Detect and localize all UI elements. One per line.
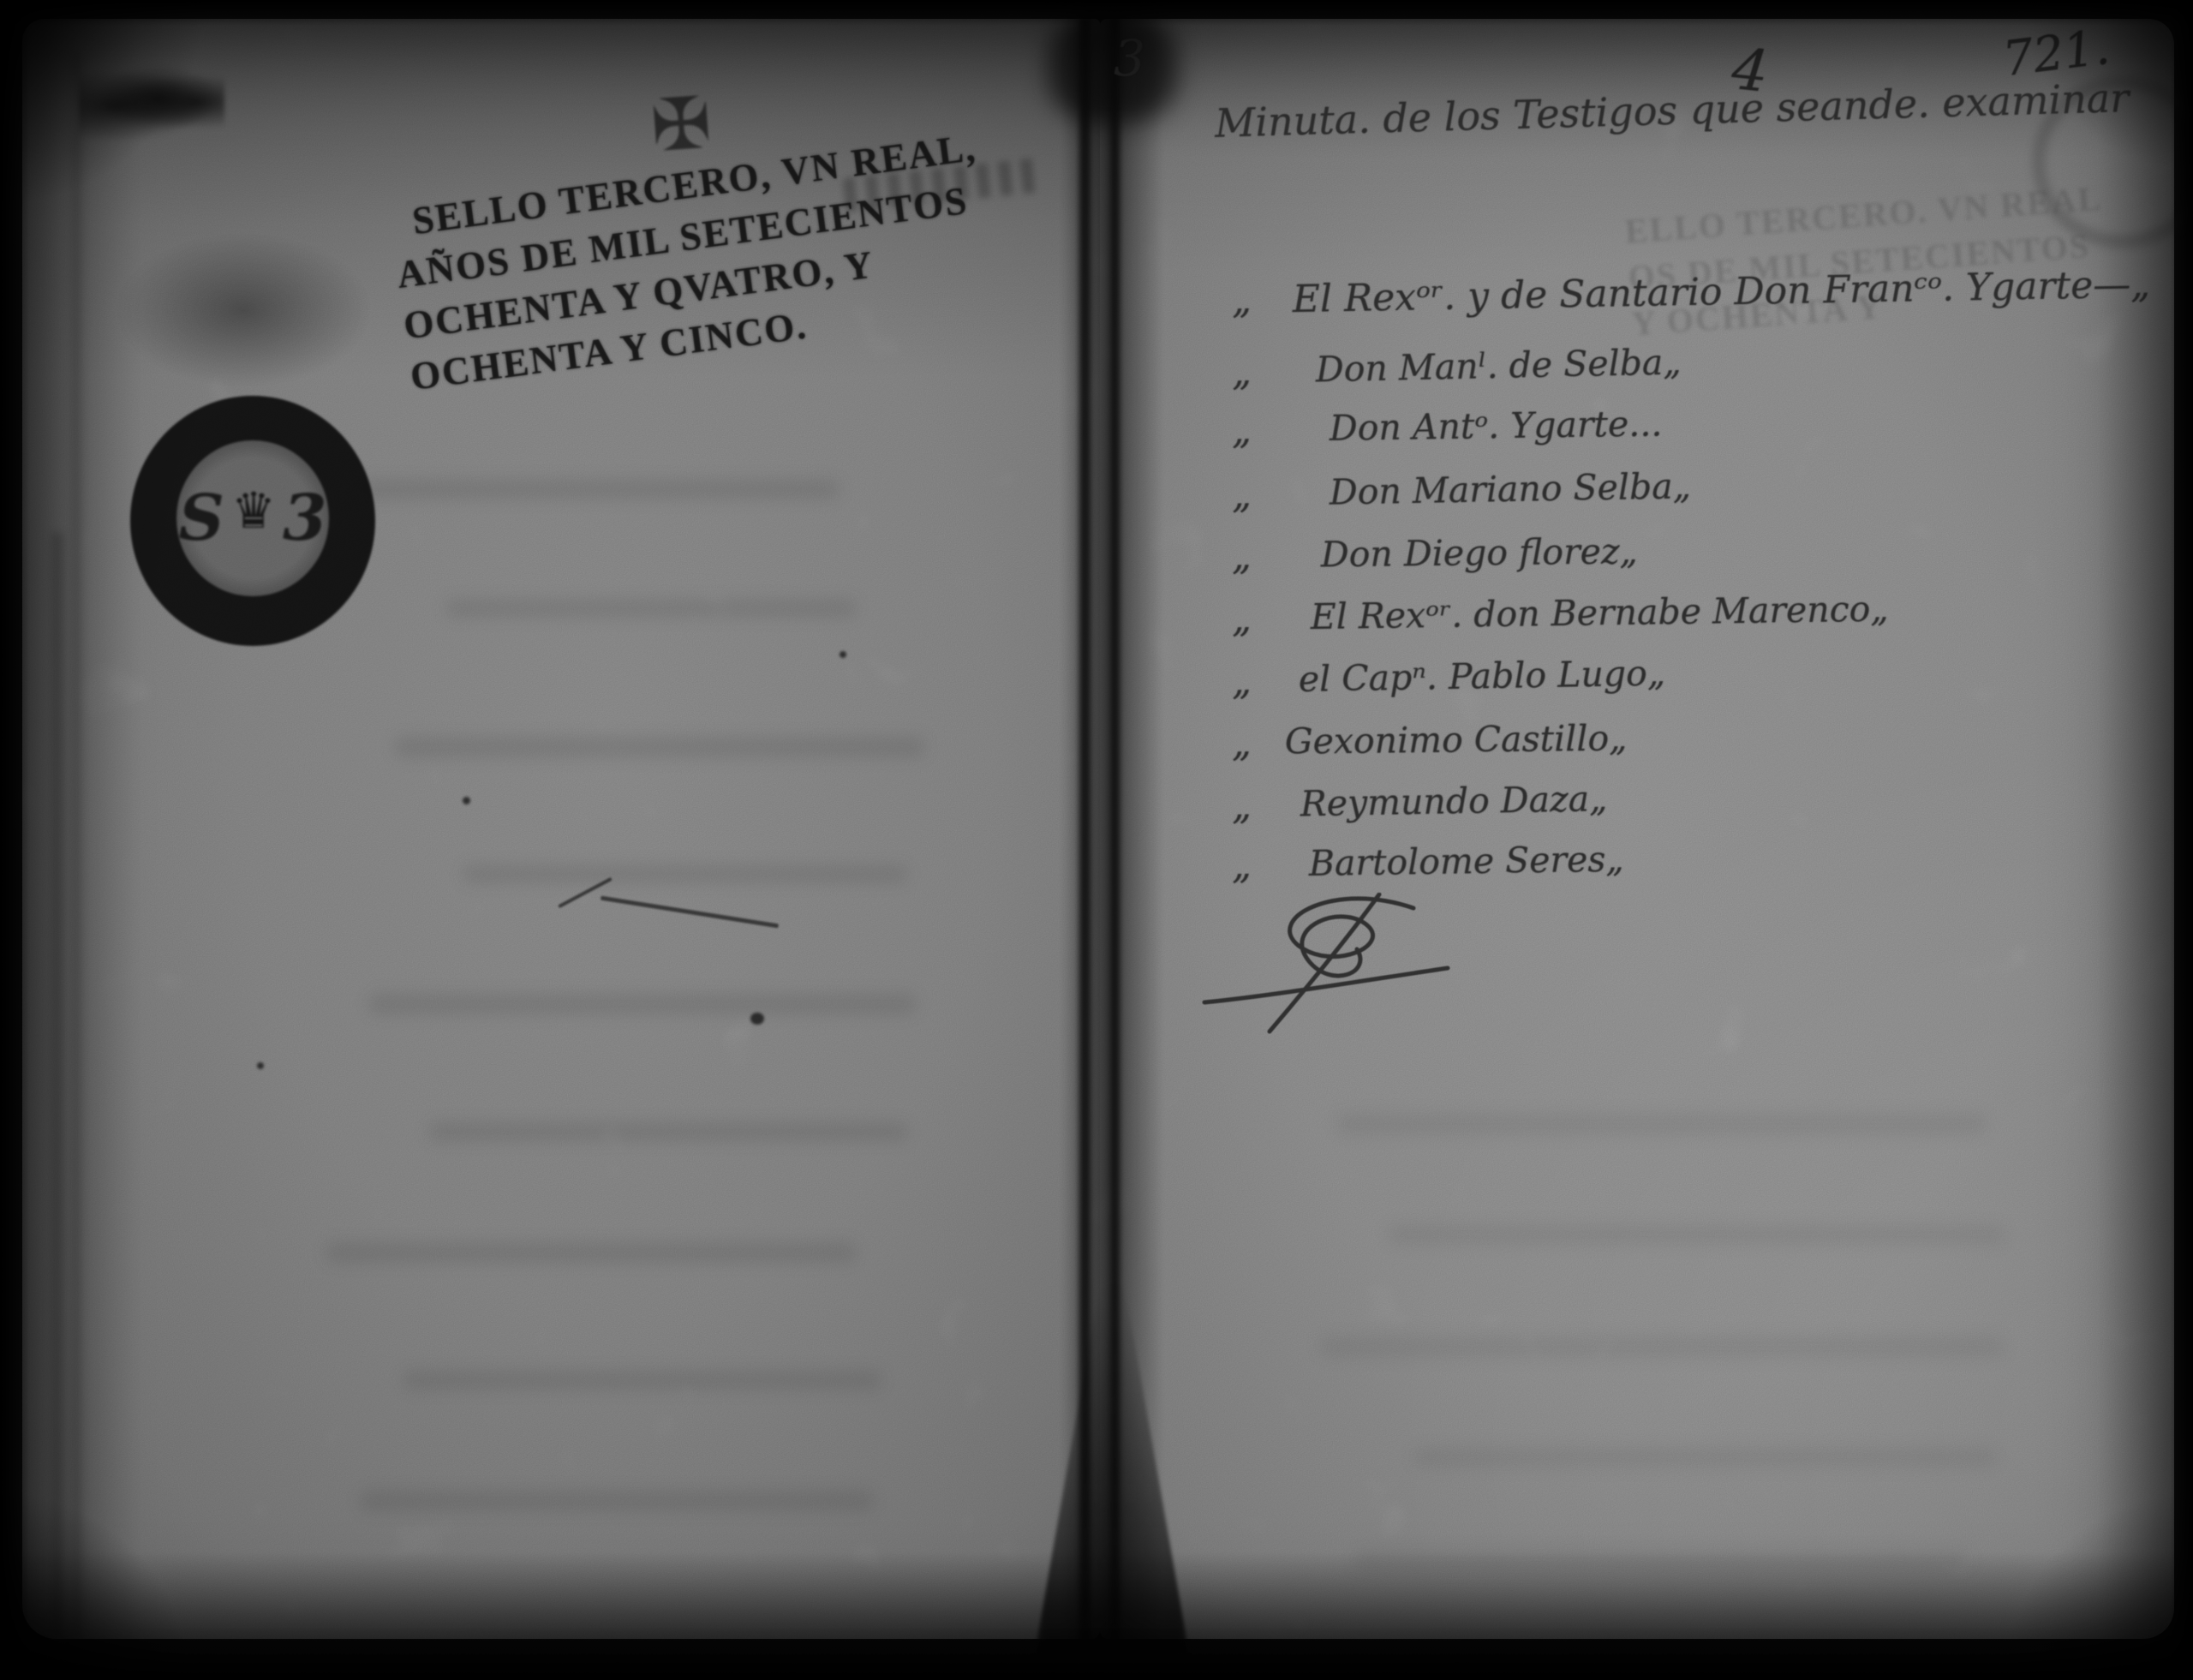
witness-name: Gexonimo Castillo„ — [1285, 718, 1628, 762]
ditto-mark: „ — [1232, 721, 1252, 765]
book-gutter — [1061, 17, 1163, 1646]
witness-name: Don Diego florez„ — [1321, 531, 1638, 576]
seal-right-char: 3 — [283, 481, 327, 555]
bleed-through — [368, 994, 917, 1014]
crown-icon: ♛ — [231, 481, 276, 540]
bleed-through — [428, 1122, 908, 1141]
bleed-through — [1413, 1448, 1996, 1467]
witness-name: El Rexᵒʳ. don Bernabe Marenco„ — [1311, 589, 1889, 637]
bleed-through — [463, 865, 908, 882]
seal-center: S ♛ 3 — [176, 440, 329, 596]
bleed-through — [1319, 1336, 2005, 1357]
gutter-folio-mark: 3 — [1114, 29, 1145, 87]
ditto-mark: „ — [1232, 844, 1252, 888]
bleed-through — [1388, 1225, 2005, 1244]
bleed-through — [1336, 1114, 1987, 1134]
maltese-cross-stamp-icon: ✠ — [648, 81, 714, 169]
ditto-mark: „ — [1232, 784, 1252, 828]
bleed-through — [1353, 1551, 1970, 1569]
ditto-mark: „ — [1232, 597, 1252, 641]
witness-name: el Capⁿ. Pablo Lugo„ — [1298, 653, 1665, 700]
ditto-mark: „ — [1232, 350, 1252, 394]
ditto-mark: „ — [1232, 535, 1252, 578]
witness-name: Bartolome Seres„ — [1309, 839, 1624, 884]
ink-speck — [840, 651, 846, 658]
witness-name: Reymundo Daza„ — [1300, 778, 1607, 824]
ditto-mark: „ — [1232, 409, 1252, 452]
ditto-mark: „ — [1232, 660, 1252, 703]
witness-row: „ Don Antᵒ. Ygarte... — [1232, 403, 1663, 452]
witness-row: „ el Capⁿ. Pablo Lugo„ — [1232, 653, 1666, 704]
ink-smudge — [79, 63, 224, 140]
bleed-through — [403, 1371, 882, 1390]
circular-wax-seal: S ♛ 3 — [130, 396, 375, 646]
witness-row: „ Bartolome Seres„ — [1232, 839, 1624, 888]
bleed-through — [360, 1491, 874, 1511]
witness-row: „ Don Diego florez„ — [1232, 531, 1638, 579]
ink-smudge — [115, 233, 372, 387]
bleed-through — [326, 1242, 857, 1263]
ink-speck — [463, 797, 470, 804]
witness-name: Don Antᵒ. Ygarte... — [1330, 403, 1663, 448]
witness-row: „ El Rexᵒʳ. don Bernabe Marenco„ — [1232, 589, 1889, 642]
witness-name: Don Mariano Selba„ — [1329, 465, 1691, 512]
ink-speck — [750, 1013, 764, 1025]
bleed-through — [445, 600, 857, 617]
bleed-through — [360, 480, 840, 499]
signature-rubric — [1198, 893, 1463, 1047]
witness-row: „ Don Mariano Selba„ — [1232, 465, 1692, 517]
page-crease — [72, 53, 81, 1639]
seal-left-char: S — [179, 481, 224, 555]
bleed-through — [394, 737, 925, 757]
ditto-mark: „ — [1232, 473, 1252, 517]
witness-name: Don Manˡ. de Selba„ — [1315, 342, 1682, 391]
manuscript-scan: ✠ SELLO TERCERO, VN REAL, AÑOS DE MIL SE… — [0, 0, 2193, 1680]
witness-row: „ Reymundo Daza„ — [1232, 778, 1608, 828]
page-crease — [51, 533, 63, 1639]
ink-speck — [257, 1062, 264, 1069]
ditto-mark: „ — [1232, 278, 1252, 322]
witness-row: „ Gexonimo Castillo„ — [1232, 718, 1628, 766]
